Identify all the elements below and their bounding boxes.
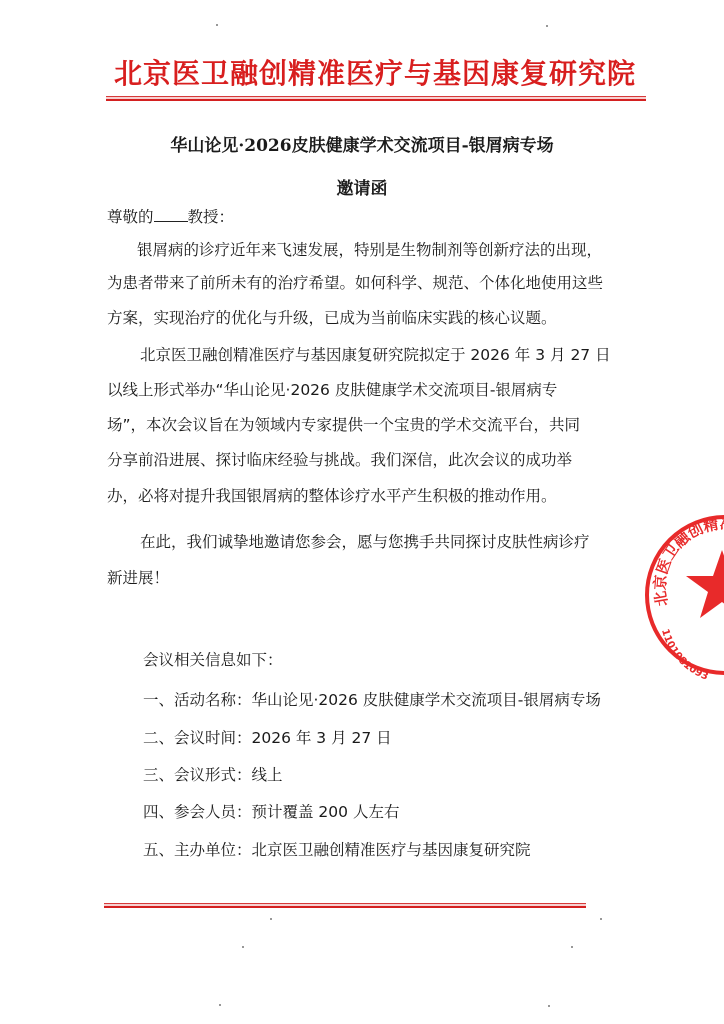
paragraph2-line2: 以线上形式举办“华山论见·2026 皮肤健康学术交流项目-银屑病专 — [107, 380, 557, 400]
document-subtitle: 邀请函 — [100, 174, 624, 199]
paragraph3-line2: 新进展！ — [107, 568, 169, 588]
scan-speck — [571, 946, 573, 948]
svg-text:1101081093: 1101081093 — [659, 628, 710, 680]
scan-speck — [242, 946, 244, 948]
seal-number: 1101081093 — [659, 628, 710, 680]
footer-divider — [104, 903, 586, 908]
salutation-suffix: 教授： — [188, 208, 235, 226]
official-seal-icon: 北京医卫融创精准医疗 1101081093 — [640, 510, 724, 680]
paragraph3-line1: 在此，我们诚挚地邀请您参会，愿与您携手共同探讨皮肤性病诊疗 — [140, 532, 590, 552]
scan-speck — [600, 918, 602, 920]
paragraph1-line1: 银屑病的诊疗近年来飞速发展，特别是生物制剂等创新疗法的出现， — [137, 240, 602, 260]
paragraph1-line3: 方案，实现治疗的优化与升级，已成为当前临床实践的核心议题。 — [107, 308, 557, 328]
info-item-attendees: 四、参会人员：预计覆盖 200 人左右 — [143, 802, 399, 822]
paragraph2-line1: 北京医卫融创精准医疗与基因康复研究院拟定于 2026 年 3 月 27 日 — [140, 345, 611, 365]
info-item-time: 二、会议时间：2026 年 3 月 27 日 — [143, 728, 392, 748]
info-item-activity-name: 一、活动名称：华山论见·2026 皮肤健康学术交流项目-银屑病专场 — [143, 690, 601, 710]
scan-speck — [270, 918, 272, 920]
info-item-format: 三、会议形式：线上 — [143, 765, 283, 785]
paragraph2-line4: 分享前沿进展、探讨临床经验与挑战。我们深信，此次会议的成功举 — [107, 450, 572, 470]
scan-speck — [216, 24, 218, 26]
scan-speck — [546, 25, 548, 27]
paragraph1-line2: 为患者带来了前所未有的治疗希望。如何科学、规范、个体化地使用这些 — [107, 273, 603, 293]
scan-speck — [219, 1004, 221, 1006]
salutation: 尊敬的教授： — [107, 207, 234, 227]
paragraph2-line3: 场”，本次会议旨在为领域内专家提供一个宝贵的学术交流平台，共同 — [107, 415, 580, 435]
info-item-organizer: 五、主办单位：北京医卫融创精准医疗与基因康复研究院 — [143, 840, 531, 860]
letterhead-divider — [106, 96, 646, 101]
letterhead-org-name: 北京医卫融创精准医疗与基因康复研究院 — [106, 56, 644, 92]
info-heading: 会议相关信息如下： — [143, 650, 283, 670]
name-blank — [154, 207, 188, 222]
scan-speck — [548, 1005, 550, 1007]
paragraph2-line5: 办，必将对提升我国银屑病的整体诊疗水平产生积极的推动作用。 — [107, 486, 557, 506]
salutation-prefix: 尊敬的 — [107, 208, 154, 226]
document-title: 华山论见·2026皮肤健康学术交流项目-银屑病专场 — [100, 131, 624, 156]
